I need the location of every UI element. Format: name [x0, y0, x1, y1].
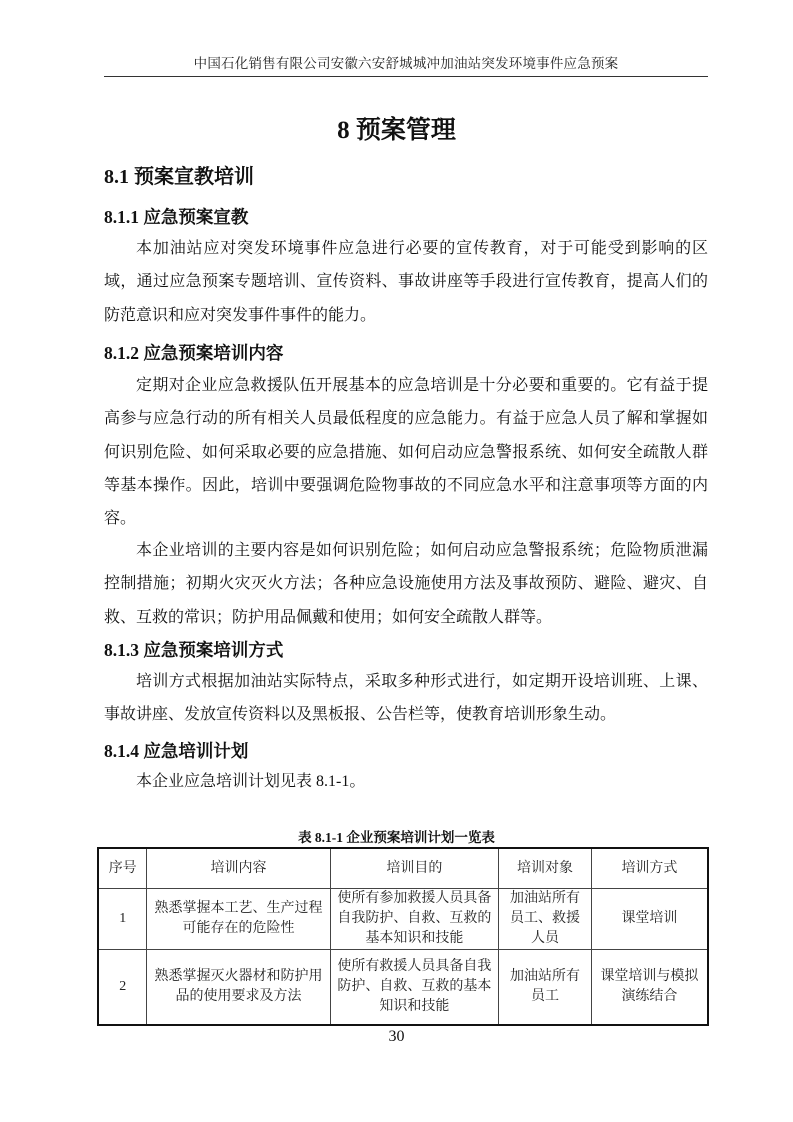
header-cell-index: 序号 — [98, 848, 147, 889]
cell-purpose: 使所有救援人员具备自我防护、自救、互救的基本知识和技能 — [330, 950, 498, 1026]
paragraph-8-1-4: 本企业应急培训计划见表 8.1-1。 — [104, 765, 708, 798]
header-cell-content: 培训内容 — [147, 848, 330, 889]
chapter-title: 8 预案管理 — [0, 110, 793, 146]
section-heading-8-1: 8.1 预案宣教培训 — [104, 160, 254, 189]
section-heading-8-1-4: 8.1.4 应急培训计划 — [104, 738, 248, 763]
cell-index: 1 — [98, 889, 147, 950]
cell-method: 课堂培训与模拟演练结合 — [591, 950, 708, 1026]
section-heading-8-1-2: 8.1.2 应急预案培训内容 — [104, 340, 283, 365]
paragraph-8-1-1: 本加油站应对突发环境事件应急进行必要的宣传教育，对于可能受到影响的区域，通过应急… — [104, 232, 708, 332]
training-plan-table: 序号 培训内容 培训目的 培训对象 培训方式 1 熟悉掌握本工艺、生产过程可能存… — [97, 847, 709, 1026]
paragraph-8-1-2-b: 本企业培训的主要内容是如何识别危险；如何启动应急警报系统；危险物质泄漏控制措施；… — [104, 534, 708, 634]
running-header: 中国石化销售有限公司安徽六安舒城城冲加油站突发环境事件应急预案 — [104, 52, 708, 72]
table-caption: 表 8.1-1 企业预案培训计划一览表 — [0, 826, 793, 846]
table-row: 1 熟悉掌握本工艺、生产过程可能存在的危险性 使所有参加救援人员具备自我防护、自… — [98, 889, 708, 950]
table-row: 2 熟悉掌握灭火器材和防护用品的使用要求及方法 使所有救援人员具备自我防护、自救… — [98, 950, 708, 1026]
table-header-row: 序号 培训内容 培训目的 培训对象 培训方式 — [98, 848, 708, 889]
cell-index: 2 — [98, 950, 147, 1026]
cell-method: 课堂培训 — [591, 889, 708, 950]
cell-audience: 加油站所有员工、救援人员 — [499, 889, 592, 950]
section-heading-8-1-3: 8.1.3 应急预案培训方式 — [104, 637, 283, 662]
cell-purpose: 使所有参加救援人员具备自我防护、自救、互救的基本知识和技能 — [330, 889, 498, 950]
cell-audience: 加油站所有员工 — [499, 950, 592, 1026]
paragraph-8-1-2-a: 定期对企业应急救援队伍开展基本的应急培训是十分必要和重要的。它有益于提高参与应急… — [104, 369, 708, 535]
header-rule — [104, 76, 708, 77]
paragraph-8-1-3: 培训方式根据加油站实际特点，采取多种形式进行，如定期开设培训班、上课、事故讲座、… — [104, 665, 708, 732]
page-number: 30 — [0, 1028, 793, 1046]
cell-content: 熟悉掌握本工艺、生产过程可能存在的危险性 — [147, 889, 330, 950]
header-cell-audience: 培训对象 — [499, 848, 592, 889]
header-cell-method: 培训方式 — [591, 848, 708, 889]
cell-content: 熟悉掌握灭火器材和防护用品的使用要求及方法 — [147, 950, 330, 1026]
section-heading-8-1-1: 8.1.1 应急预案宣教 — [104, 204, 248, 229]
header-cell-purpose: 培训目的 — [330, 848, 498, 889]
